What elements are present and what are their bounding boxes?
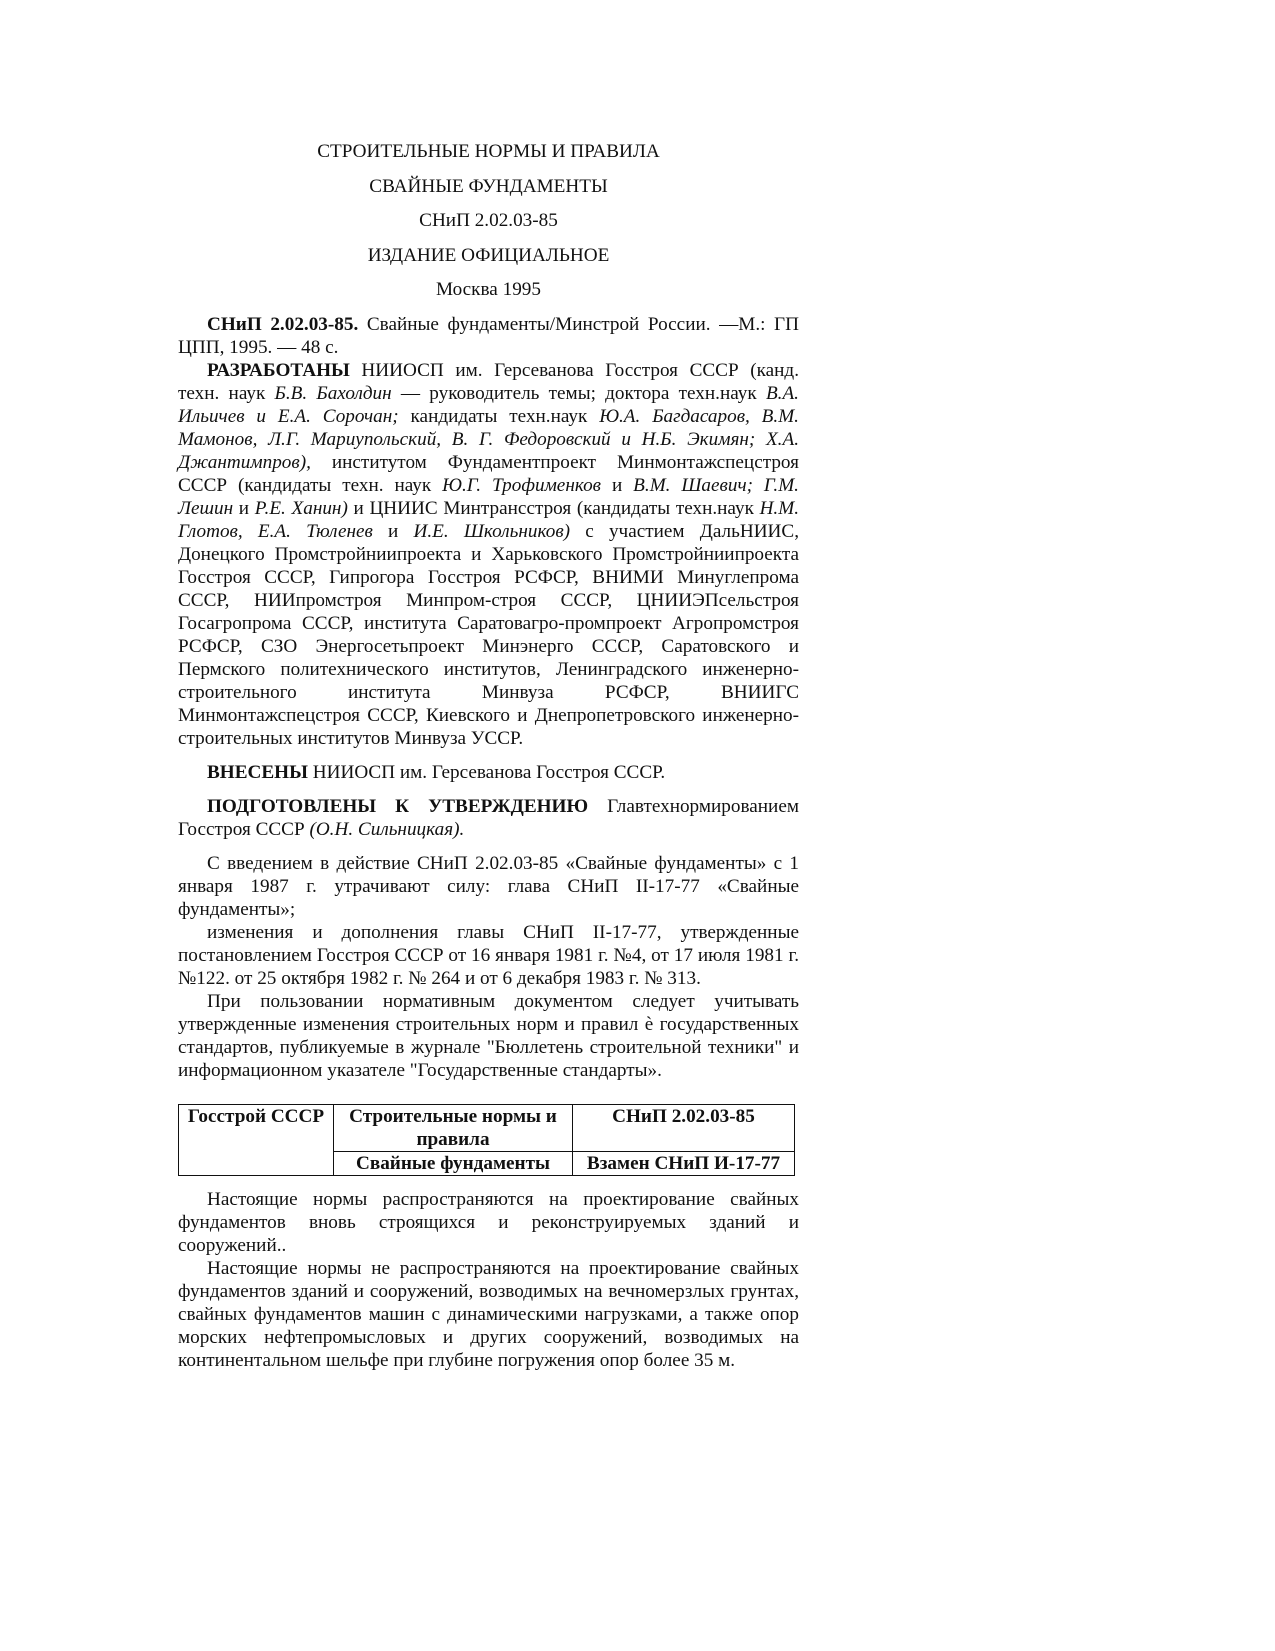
usage-note-paragraph: При пользовании нормативным документом с…	[178, 990, 799, 1082]
developed-by-paragraph: РАЗРАБОТАНЫ НИИОСП им. Герсеванова Госст…	[178, 359, 799, 750]
edition-label: ИЗДАНИЕ ОФИЦИАЛЬНОЕ	[178, 244, 799, 267]
meta-doc-type: Строительные нормы и правила	[334, 1104, 573, 1151]
prepared-for-approval-paragraph: ПОДГОТОВЛЕНЫ К УТВЕРЖДЕНИЮ Главтехнормир…	[178, 795, 799, 841]
submitted-label: ВНЕСЕНЫ	[207, 762, 308, 783]
doc-code: СНиП 2.02.03-85	[178, 209, 799, 232]
developed-label: РАЗРАБОТАНЫ	[207, 360, 350, 381]
meta-code: СНиП 2.02.03-85	[573, 1104, 795, 1151]
document-page: СТРОИТЕЛЬНЫЕ НОРМЫ И ПРАВИЛА СВАЙНЫЕ ФУН…	[178, 140, 799, 1372]
meta-replaces: Взамен СНиП И-17-77	[573, 1151, 795, 1175]
scope-exclusions-paragraph: Настоящие нормы не распространяются на п…	[178, 1257, 799, 1372]
publication-place-year: Москва 1995	[178, 278, 799, 301]
scope-paragraph: Настоящие нормы распространяются на прое…	[178, 1188, 799, 1257]
bibliographic-entry: СНиП 2.02.03-85. Свайные фундаменты/Минс…	[178, 313, 799, 359]
meta-agency: Госстрой СССР	[179, 1104, 334, 1175]
amendments-paragraph: изменения и дополнения главы СНиП II-17-…	[178, 921, 799, 990]
submitted-by-paragraph: ВНЕСЕНЫ НИИОСП им. Герсеванова Госстроя …	[178, 761, 799, 784]
document-meta-table: Госстрой СССР Строительные нормы и прави…	[178, 1104, 795, 1176]
superseded-paragraph: С введением в действие СНиП 2.02.03-85 «…	[178, 852, 799, 921]
prepared-label: ПОДГОТОВЛЕНЫ К УТВЕРЖДЕНИЮ	[207, 796, 588, 817]
doc-series-title: СТРОИТЕЛЬНЫЕ НОРМЫ И ПРАВИЛА	[178, 140, 799, 163]
meta-title: Свайные фундаменты	[334, 1151, 573, 1175]
doc-title: СВАЙНЫЕ ФУНДАМЕНТЫ	[178, 175, 799, 198]
biblio-code: СНиП 2.02.03-85.	[207, 314, 358, 335]
